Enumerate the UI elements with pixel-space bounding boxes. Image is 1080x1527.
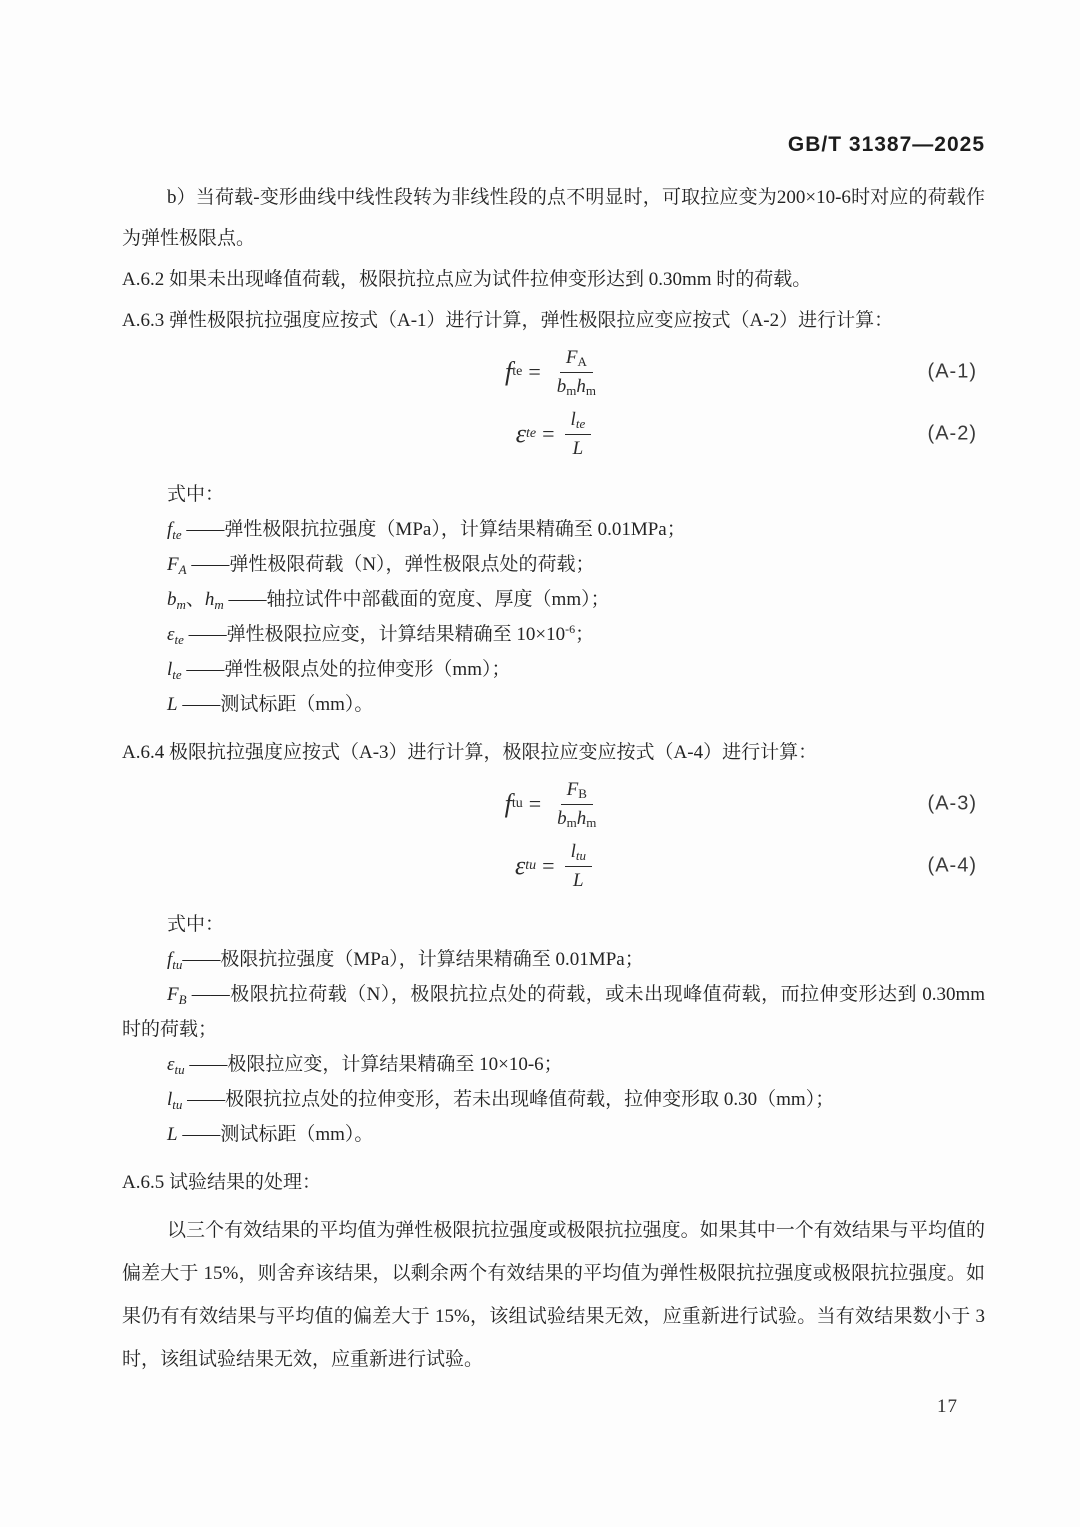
numerator-sub: te	[576, 416, 585, 431]
symbol-def-fa: FA ——弹性极限荷载（N），弹性极限点处的荷载；	[122, 547, 985, 582]
denominator-sub-2: m	[586, 383, 596, 398]
symbol-def-fb: FB ——极限抗拉荷载（N），极限抗拉点处的荷载，或未出现峰值荷载，而拉伸变形达…	[122, 977, 985, 1047]
equals-sign: =	[542, 853, 554, 879]
exponent: -6	[565, 622, 575, 636]
symbol-epsilon-tu: ε	[167, 1054, 175, 1075]
numerator-sub: A	[577, 354, 586, 369]
formula-lhs: ε	[515, 851, 525, 881]
formula-epsilon-tu: εtu = ltu L	[515, 841, 592, 892]
equals-sign: =	[528, 359, 540, 385]
fraction: FB bmhm	[551, 779, 602, 830]
document-page: GB/T 31387—2025 b）当荷载-变形曲线中线性段转为非线性段的点不明…	[0, 0, 1080, 1527]
symbol-hm-sub: m	[214, 597, 223, 612]
symbol-def-lte: lte ——弹性极限点处的拉伸变形（mm）；	[122, 652, 985, 687]
symbol-fa: F	[167, 554, 179, 575]
symbol-epsilon-tu-sub: tu	[175, 1062, 185, 1077]
where-label-1: 式中：	[122, 477, 985, 512]
symbol-fa-sub: A	[179, 562, 187, 577]
symbol-fte-sub: te	[172, 527, 181, 542]
symbol-fb: F	[167, 984, 179, 1005]
symbol-epsilon-te: ε	[167, 624, 175, 645]
symbol-def-L-1: L ——测试标距（mm）。	[122, 687, 985, 722]
numerator-symbol: F	[567, 779, 579, 800]
clause-a64: A.6.4 极限抗拉强度应按式（A-3）进行计算，极限拉应变应按式（A-4）进行…	[122, 732, 985, 773]
symbol-bm: b	[167, 589, 177, 610]
equals-sign: =	[529, 791, 541, 817]
equation-a2: εte = lte L (A-2)	[122, 407, 985, 461]
symbol-def-fte: fte ——弹性极限抗拉强度（MPa），计算结果精确至 0.01MPa；	[122, 512, 985, 547]
fraction-denominator: bmhm	[551, 373, 602, 398]
symbol-def-epsilon-tu: εtu ——极限拉应变，计算结果精确至 10×10-6；	[122, 1047, 985, 1082]
symbol-fb-sub: B	[179, 992, 187, 1007]
formula-lhs: ε	[516, 419, 526, 449]
equals-sign: =	[542, 421, 554, 447]
page-header: GB/T 31387—2025	[122, 133, 985, 159]
symbol-def-L-2: L ——测试标距（mm）。	[122, 1117, 985, 1152]
denominator-symbol: L	[573, 870, 584, 891]
fraction-numerator: lte	[565, 409, 592, 435]
equation-a4-label: (A-4)	[928, 855, 977, 878]
equation-a2-label: (A-2)	[928, 423, 977, 446]
symbol-def-ltu: ltu ——极限抗拉点处的拉伸变形，若未出现峰值荷载，拉伸变形取 0.30（mm…	[122, 1082, 985, 1117]
def-text: ——极限抗拉点处的拉伸变形，若未出现峰值荷载，拉伸变形取 0.30（mm）；	[182, 1089, 834, 1110]
fraction: FA bmhm	[551, 347, 602, 398]
equation-a1-label: (A-1)	[928, 361, 977, 384]
fraction-denominator: L	[567, 435, 590, 460]
page-number: 17	[937, 1396, 958, 1418]
clause-a62: A.6.2 如果未出现峰值荷载，极限抗拉点应为试件拉伸变形达到 0.30mm 时…	[122, 259, 985, 300]
symbol-def-epsilon-te: εte ——弹性极限拉应变，计算结果精确至 10×10-6；	[122, 617, 985, 652]
symbol-hm: h	[205, 589, 215, 610]
def-text: ——弹性极限点处的拉伸变形（mm）；	[182, 659, 511, 680]
equation-a1: fte = FA bmhm (A-1)	[122, 343, 985, 401]
formula-ftu: ftu = FB bmhm	[505, 779, 603, 830]
formula-lhs: f	[505, 357, 512, 387]
def-text: ——测试标距（mm）。	[178, 694, 374, 715]
denominator-symbol-1: b	[557, 808, 567, 829]
symbol-ftu-sub: tu	[172, 957, 182, 972]
symbol-lte-sub: te	[172, 667, 181, 682]
numerator-sub: B	[578, 786, 587, 801]
def-text: ——弹性极限拉应变，计算结果精确至 10×10	[184, 624, 565, 645]
symbol-ltu-sub: tu	[172, 1097, 182, 1112]
denominator-symbol-1: b	[557, 376, 567, 397]
denominator-sub-2: m	[586, 815, 596, 830]
formula-epsilon-te: εte = lte L	[516, 409, 591, 460]
def-text: ——极限抗拉强度（MPa），计算结果精确至 0.01MPa；	[182, 949, 643, 970]
formula-fte: fte = FA bmhm	[505, 347, 602, 398]
equation-a3-label: (A-3)	[928, 793, 977, 816]
fraction: lte L	[565, 409, 592, 460]
equation-a3: ftu = FB bmhm (A-3)	[122, 775, 985, 833]
def-text-end: ；	[575, 624, 594, 645]
def-text: ——极限抗拉荷载（N），极限抗拉点处的荷载，或未出现峰值荷载，而拉伸变形达到 0…	[122, 984, 985, 1040]
numerator-sub: tu	[576, 848, 586, 863]
denominator-symbol: L	[573, 438, 584, 459]
def-text: ——弹性极限抗拉强度（MPa），计算结果精确至 0.01MPa；	[182, 519, 686, 540]
def-text: ——极限拉应变，计算结果精确至 10×10-6；	[185, 1054, 563, 1075]
clause-a63: A.6.3 弹性极限抗拉强度应按式（A-1）进行计算，弹性极限拉应变应按式（A-…	[122, 300, 985, 341]
denominator-sub-1: m	[567, 815, 577, 830]
fraction-numerator: FB	[561, 779, 593, 805]
symbol-def-bm-hm: bm、hm ——轴拉试件中部截面的宽度、厚度（mm）；	[122, 582, 985, 617]
fraction-numerator: FA	[560, 347, 593, 373]
denominator-sub-1: m	[566, 383, 576, 398]
symbol-epsilon-te-sub: te	[175, 632, 184, 647]
denominator-symbol-2: h	[577, 808, 587, 829]
clause-a65: A.6.5 试验结果的处理：	[122, 1162, 985, 1203]
standard-number: GB/T 31387—2025	[788, 133, 985, 156]
fraction-numerator: ltu	[565, 841, 592, 867]
def-text: ——测试标距（mm）。	[178, 1124, 374, 1145]
def-text: ——轴拉试件中部截面的宽度、厚度（mm）；	[224, 589, 610, 610]
symbol-def-ftu: ftu——极限抗拉强度（MPa），计算结果精确至 0.01MPa；	[122, 942, 985, 977]
separator: 、	[186, 589, 205, 610]
fraction-denominator: L	[567, 867, 590, 892]
symbol-L: L	[167, 694, 178, 715]
denominator-symbol-2: h	[576, 376, 586, 397]
symbol-bm-sub: m	[177, 597, 186, 612]
fraction: ltu L	[565, 841, 592, 892]
equation-a4: εtu = ltu L (A-4)	[122, 839, 985, 893]
result-handling-paragraph: 以三个有效结果的平均值为弹性极限抗拉强度或极限抗拉强度。如果其中一个有效结果与平…	[122, 1209, 985, 1381]
where-label-2: 式中：	[122, 907, 985, 942]
formula-lhs: f	[505, 789, 512, 819]
def-text: ——弹性极限荷载（N），弹性极限点处的荷载；	[187, 554, 595, 575]
clause-b-paragraph: b）当荷载-变形曲线中线性段转为非线性段的点不明显时，可取拉应变为200×10-…	[122, 177, 985, 259]
numerator-symbol: F	[566, 347, 578, 368]
symbol-L: L	[167, 1124, 178, 1145]
fraction-denominator: bmhm	[551, 805, 602, 830]
